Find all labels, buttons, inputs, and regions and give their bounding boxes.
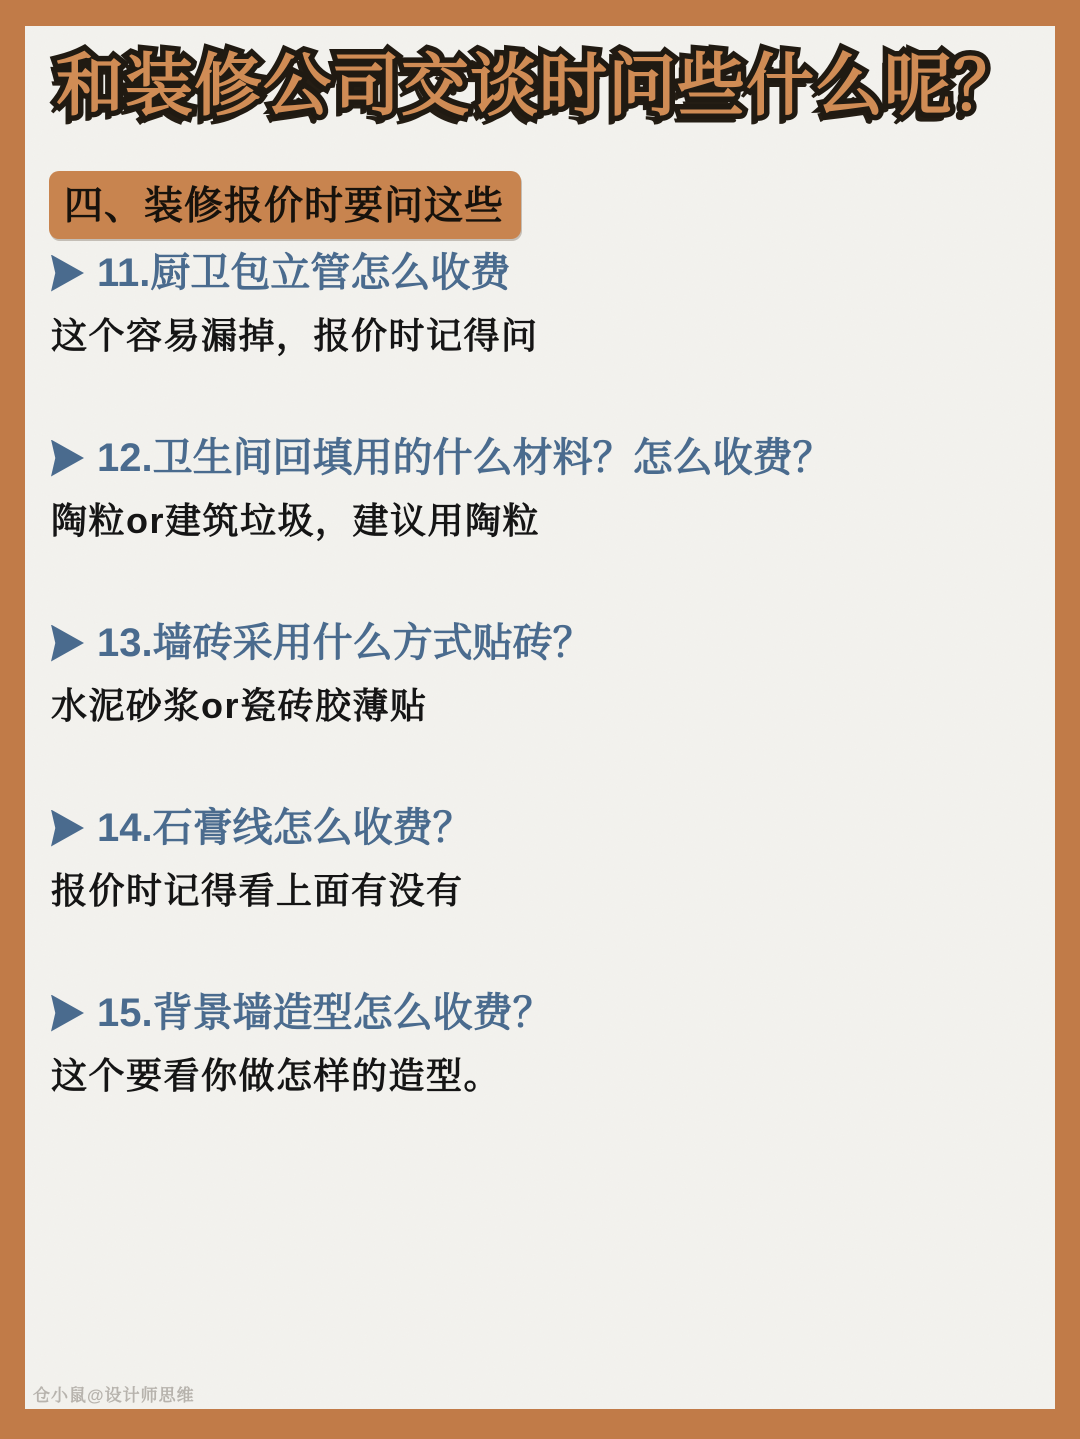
answer-text: 这个容易漏掉，报价时记得问 (51, 318, 1031, 354)
question-heading: 12.卫生间回填用的什么材料？怎么收费？ (51, 438, 1031, 478)
play-triangle-icon (51, 625, 84, 662)
question-heading-text: 15.背景墙造型怎么收费？ (97, 993, 553, 1033)
list-item-q15: 15.背景墙造型怎么收费？ 这个要看你做怎样的造型。 (51, 993, 1031, 1094)
poster-frame: 和装修公司交谈时问些什么呢？ 四、装修报价时要问这些 11.厨卫包立管怎么收费 … (0, 0, 1080, 1439)
question-heading: 11.厨卫包立管怎么收费 (51, 253, 1031, 293)
answer-text: 水泥砂浆or瓷砖胶薄贴 (51, 688, 1031, 724)
question-heading-text: 14.石膏线怎么收费？ (97, 808, 473, 848)
question-heading: 14.石膏线怎么收费？ (51, 808, 1031, 848)
paper-background: 和装修公司交谈时问些什么呢？ 四、装修报价时要问这些 11.厨卫包立管怎么收费 … (25, 26, 1055, 1409)
poster-content: 和装修公司交谈时问些什么呢？ 四、装修报价时要问这些 11.厨卫包立管怎么收费 … (25, 26, 1055, 1094)
section-header-badge: 四、装修报价时要问这些 (49, 171, 521, 239)
question-heading: 13.墙砖采用什么方式贴砖？ (51, 623, 1031, 663)
question-heading-text: 11.厨卫包立管怎么收费 (97, 253, 510, 293)
answer-text: 报价时记得看上面有没有 (51, 873, 1031, 909)
answer-text: 这个要看你做怎样的造型。 (51, 1058, 1031, 1094)
play-triangle-icon (51, 810, 84, 847)
watermark: 仓小鼠@设计师思维 (33, 1381, 195, 1406)
list-item-q13: 13.墙砖采用什么方式贴砖？ 水泥砂浆or瓷砖胶薄贴 (51, 623, 1031, 724)
list-item-q11: 11.厨卫包立管怎么收费 这个容易漏掉，报价时记得问 (51, 253, 1031, 354)
answer-text: 陶粒or建筑垃圾，建议用陶粒 (51, 503, 1031, 539)
page-title: 和装修公司交谈时问些什么呢？ (47, 44, 1031, 129)
question-heading-text: 12.卫生间回填用的什么材料？怎么收费？ (97, 438, 833, 478)
play-triangle-icon (51, 995, 84, 1032)
question-heading: 15.背景墙造型怎么收费？ (51, 993, 1031, 1033)
question-list: 11.厨卫包立管怎么收费 这个容易漏掉，报价时记得问 12.卫生间回填用的什么材… (51, 253, 1031, 1094)
list-item-q12: 12.卫生间回填用的什么材料？怎么收费？ 陶粒or建筑垃圾，建议用陶粒 (51, 438, 1031, 539)
play-triangle-icon (51, 255, 84, 292)
list-item-q14: 14.石膏线怎么收费？ 报价时记得看上面有没有 (51, 808, 1031, 909)
play-triangle-icon (51, 440, 84, 477)
question-heading-text: 13.墙砖采用什么方式贴砖？ (97, 623, 593, 663)
